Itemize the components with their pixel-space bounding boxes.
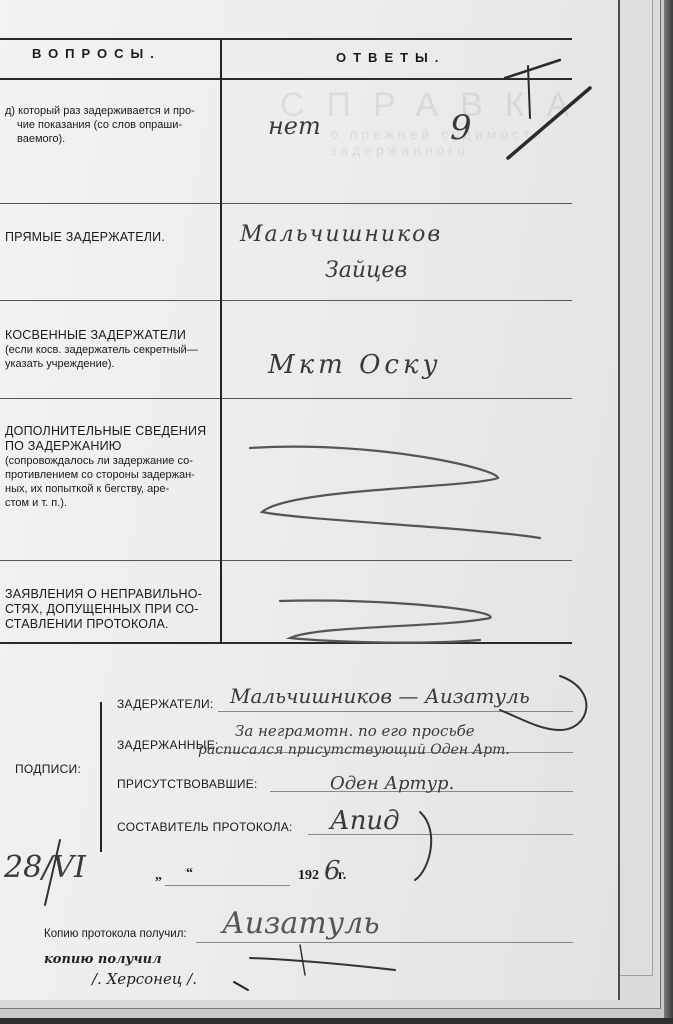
date-year-printed: 192	[298, 868, 319, 884]
date-line	[165, 885, 290, 886]
copy-note-line-1: копию получил	[44, 952, 162, 967]
corner-number-mark: 9	[450, 108, 472, 148]
signature-present: Оден Артур.	[330, 773, 454, 794]
signature-label-compiler: СОСТАВИТЕЛЬ ПРОТОКОЛА:	[117, 820, 293, 834]
row-divider	[0, 398, 572, 399]
bleed-through-title: СПРАВКА	[280, 86, 591, 125]
row-divider	[0, 560, 572, 561]
question-indirect-detainers: КОСВЕННЫЕ ЗАДЕРЖАТЕЛИ (если косв. задерж…	[5, 328, 215, 371]
question-direct-detainers: ПРЯМЫЕ ЗАДЕРЖАТЕЛИ.	[5, 230, 215, 245]
answer-direct-detainer-1: Мальчишников	[240, 222, 442, 247]
copy-received-signature: Аизатуль	[222, 906, 380, 941]
copy-note-line-2: /. Херсонец /.	[92, 970, 197, 988]
handwritten-date: 28/VI	[4, 850, 86, 885]
signature-detained-line-2: расписался присутствующий Оден Арт.	[198, 742, 510, 758]
column-divider	[220, 38, 222, 644]
copy-received-line	[196, 942, 573, 943]
date-open-quote: „	[155, 868, 162, 884]
signature-detainers: Мальчишников — Аизатуль	[230, 684, 530, 708]
row-divider	[0, 203, 572, 204]
signatures-bracket	[100, 702, 106, 852]
signatures-group-label: ПОДПИСИ:	[15, 762, 81, 776]
table-bottom-border	[0, 642, 572, 644]
answer-repeat-detention: нет	[268, 112, 321, 140]
questions-header: ВОПРОСЫ.	[32, 46, 161, 61]
answer-direct-detainer-2: Зайцев	[325, 258, 407, 283]
row-divider	[0, 300, 572, 301]
table-top-border	[0, 38, 572, 40]
answer-indirect-detainers: Мкт Оску	[268, 350, 442, 380]
copy-received-label: Копию протокола получил:	[44, 928, 187, 940]
signature-label-detainers: ЗАДЕРЖАТЕЛИ:	[117, 697, 214, 711]
date-year-suffix: г.	[338, 868, 346, 884]
bottom-edge	[0, 1018, 673, 1024]
header-bottom-border	[0, 78, 572, 80]
bleed-through-subtitle: о прежней судимости задержанного	[330, 126, 618, 158]
question-additional-info: ДОПОЛНИТЕЛЬНЫЕ СВЕДЕНИЯ ПО ЗАДЕРЖАНИЮ (с…	[5, 424, 215, 510]
date-close-quote: “	[186, 866, 193, 882]
answers-header: ОТВЕТЫ.	[336, 50, 445, 65]
question-irregularity-statements: ЗАЯВЛЕНИЯ О НЕПРАВИЛЬНО- СТЯХ, ДОПУЩЕННЫ…	[5, 587, 215, 632]
signature-label-present: ПРИСУТСТВОВАВШИЕ:	[117, 777, 258, 791]
question-repeat-detention: д) который раз задерживается и про- чие …	[5, 104, 215, 146]
signature-line-detainers	[218, 711, 573, 712]
signature-detained-line-1: За неграмотн. по его просьбе	[235, 722, 475, 740]
signature-compiler: Апид	[330, 806, 400, 836]
protocol-page: СПРАВКА о прежней судимости задержанного…	[0, 0, 620, 1000]
binding-edge	[664, 0, 673, 1024]
